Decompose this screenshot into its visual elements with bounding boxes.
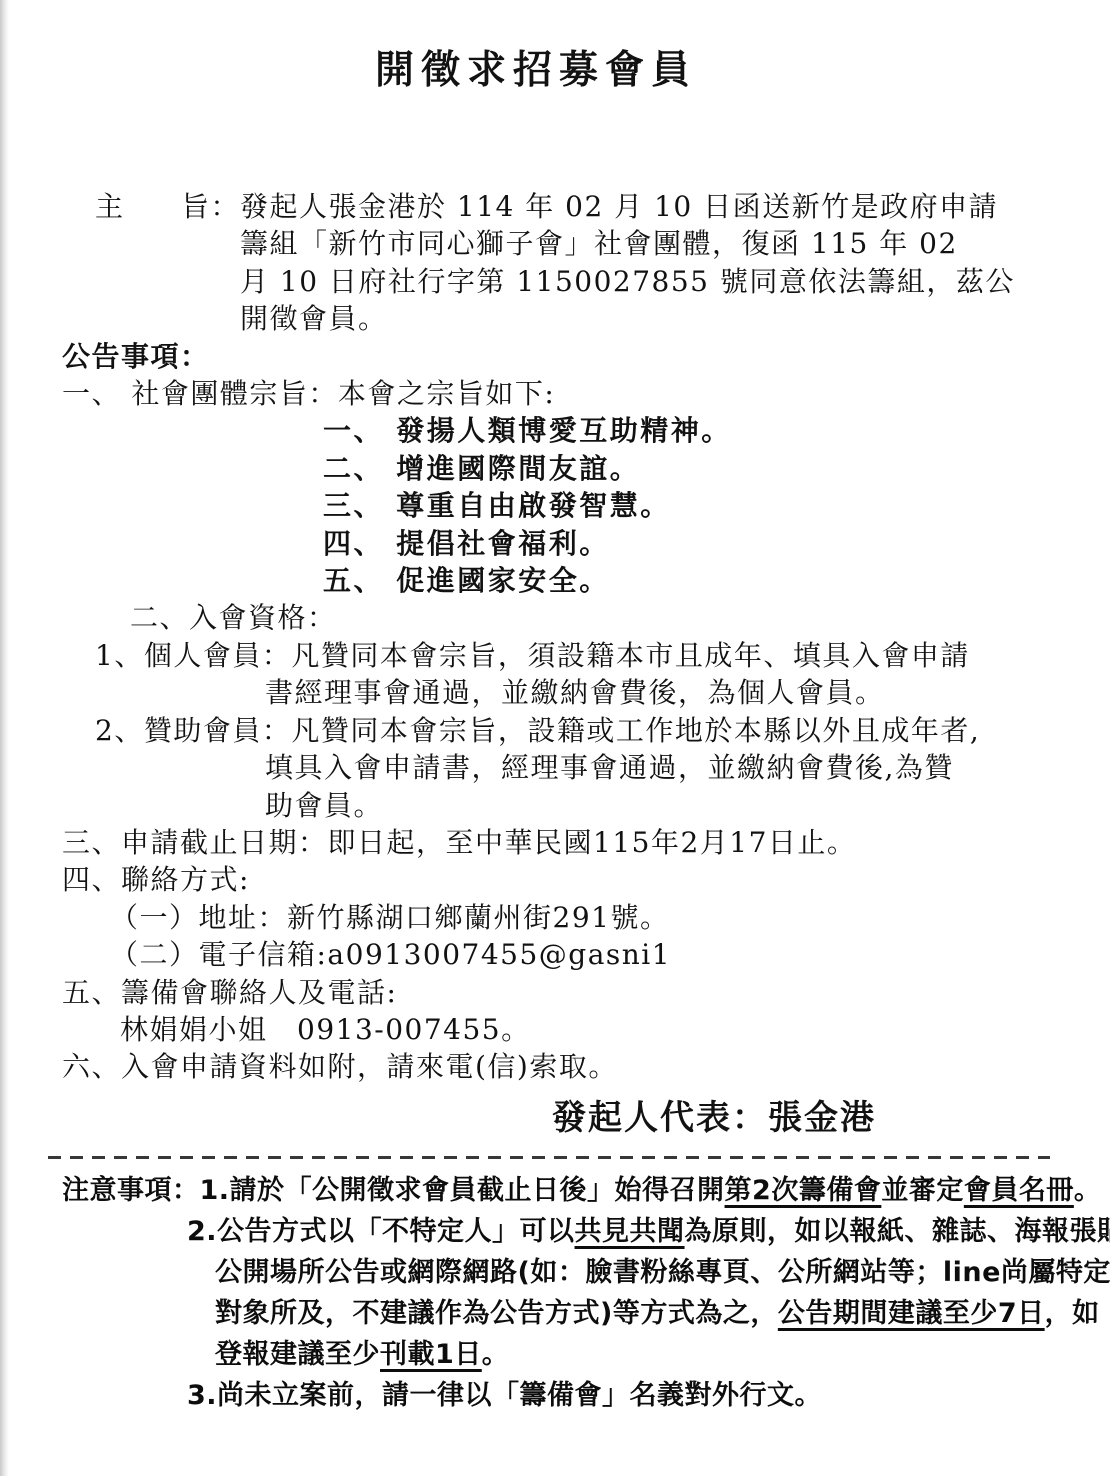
subject-label-sub: 旨： bbox=[181, 188, 240, 225]
subject-label-main: 主 bbox=[95, 188, 125, 225]
scanned-document-page: 開徵求招募會員 主旨： 發起人張金港於 114 年 02 月 10 日函送新竹是… bbox=[0, 0, 1110, 1476]
member-sponsor-line-1: 2、贊助會員：凡贊同本會宗旨，設籍或工作地於本縣以外且成年者, bbox=[95, 712, 1070, 749]
section4-heading: 四、聯絡方式: bbox=[62, 861, 1070, 898]
section5-heading: 五、籌備會聯絡人及電話: bbox=[62, 974, 1070, 1011]
note-2-underline-2: 公告期間建議至少7日 bbox=[778, 1298, 1045, 1329]
note-3: 3.尚未立案前，請一律以「籌備會」名義對外行文。 bbox=[187, 1375, 1070, 1416]
dashed-separator bbox=[48, 1156, 1050, 1159]
subject-line-1: 主旨： 發起人張金港於 114 年 02 月 10 日函送新竹是政府申請 bbox=[95, 188, 1070, 225]
document-body: 主旨： 發起人張金港於 114 年 02 月 10 日函送新竹是政府申請 籌組「… bbox=[62, 188, 1070, 1141]
purpose-item-1: 一、 發揚人類博愛互助精神。 bbox=[323, 412, 1070, 449]
section1-heading: 一、 社會團體宗旨：本會之宗旨如下: bbox=[62, 375, 1070, 412]
note-2-line-1: 2.公告方式以「不特定人」可以共見共聞為原則，如以報紙、雜誌、海報張貼 bbox=[187, 1211, 1070, 1252]
note-2-line-3: 對象所及，不建議作為公告方式)等方式為之，公告期間建議至少7日，如 bbox=[215, 1293, 1070, 1334]
note-1-text-2: 並審定 bbox=[881, 1175, 964, 1206]
note-1-underline-2: 會員名冊 bbox=[964, 1175, 1074, 1206]
subject-line-3: 月 10 日府社行字第 1150027855 號同意依法籌組，茲公 bbox=[240, 263, 1070, 300]
subject-text-1: 發起人張金港於 114 年 02 月 10 日函送新竹是政府申請 bbox=[240, 188, 998, 225]
note-1-period: 。 bbox=[1074, 1175, 1102, 1206]
announcement-heading: 公告事項： bbox=[62, 338, 1070, 375]
note-1-text: 注意事項：1.請於「公開徵求會員截止日後」始得召開 bbox=[62, 1175, 725, 1206]
subject-line-2: 籌組「新竹市同心獅子會」社會團體，復函 115 年 02 bbox=[240, 225, 1070, 262]
note-1: 注意事項：1.請於「公開徵求會員截止日後」始得召開第2次籌備會並審定會員名冊。 bbox=[62, 1170, 1070, 1211]
section2-heading: 二、入會資格： bbox=[130, 599, 1070, 636]
purpose-item-3: 三、 尊重自由啟發智慧。 bbox=[323, 487, 1070, 524]
note-2-underline-1: 共見共聞 bbox=[575, 1216, 685, 1247]
note-2-line-4-text: 登報建議至少 bbox=[215, 1339, 380, 1370]
contact-email: （二）電子信箱:a0913007455@gasni1 bbox=[110, 936, 1070, 973]
purpose-item-4: 四、 提倡社會福利。 bbox=[323, 525, 1070, 562]
note-2-line-4-period: 。 bbox=[482, 1339, 510, 1370]
document-title: 開徵求招募會員 bbox=[62, 42, 1010, 98]
section3-deadline: 三、申請截止日期：即日起，至中華民國115年2月17日止。 bbox=[62, 824, 1070, 861]
contact-person-phone: 林娟娟小姐 0913-007455。 bbox=[120, 1011, 1070, 1048]
note-2-line-4: 登報建議至少刊載1日。 bbox=[215, 1334, 1070, 1375]
member-individual-line-2: 書經理事會通過，並繳納會費後，為個人會員。 bbox=[265, 674, 1070, 711]
subject-line-4: 開徵會員。 bbox=[240, 300, 1070, 337]
note-2-line-3-text-2: ，如 bbox=[1045, 1298, 1100, 1329]
section6-request-info: 六、入會申請資料如附，請來電(信)索取。 bbox=[62, 1048, 1070, 1085]
document-content: 開徵求招募會員 主旨： 發起人張金港於 114 年 02 月 10 日函送新竹是… bbox=[0, 0, 1110, 1476]
member-individual-line-1: 1、個人會員：凡贊同本會宗旨，須設籍本市且成年、填具入會申請 bbox=[95, 637, 1070, 674]
member-sponsor-line-3: 助會員。 bbox=[265, 787, 1070, 824]
initiator-signature: 發起人代表：張金港 bbox=[552, 1095, 1070, 1141]
purpose-item-5: 五、 促進國家安全。 bbox=[323, 562, 1070, 599]
note-2-line-3-text: 對象所及，不建議作為公告方式)等方式為之， bbox=[215, 1298, 778, 1329]
note-2-underline-3: 刊載1日 bbox=[380, 1339, 482, 1370]
purpose-item-2: 二、 增進國際間友誼。 bbox=[323, 450, 1070, 487]
note-2-text-2: 為原則，如以報紙、雜誌、海報張貼 bbox=[685, 1216, 1110, 1247]
note-2-line-2: 公開場所公告或網際網路(如：臉書粉絲專頁、公所網站等；line尚屬特定 bbox=[215, 1252, 1070, 1293]
contact-address: （一）地址：新竹縣湖口鄉蘭州街291號。 bbox=[110, 899, 1070, 936]
note-2-text: 2.公告方式以「不特定人」可以 bbox=[187, 1216, 575, 1247]
member-sponsor-line-2: 填具入會申請書，經理事會通過，並繳納會費後,為贊 bbox=[265, 749, 1070, 786]
subject-label: 主旨： bbox=[95, 188, 240, 225]
notes-section: 注意事項：1.請於「公開徵求會員截止日後」始得召開第2次籌備會並審定會員名冊。 … bbox=[62, 1170, 1070, 1416]
note-1-underline-1: 第2次籌備會 bbox=[725, 1175, 882, 1206]
